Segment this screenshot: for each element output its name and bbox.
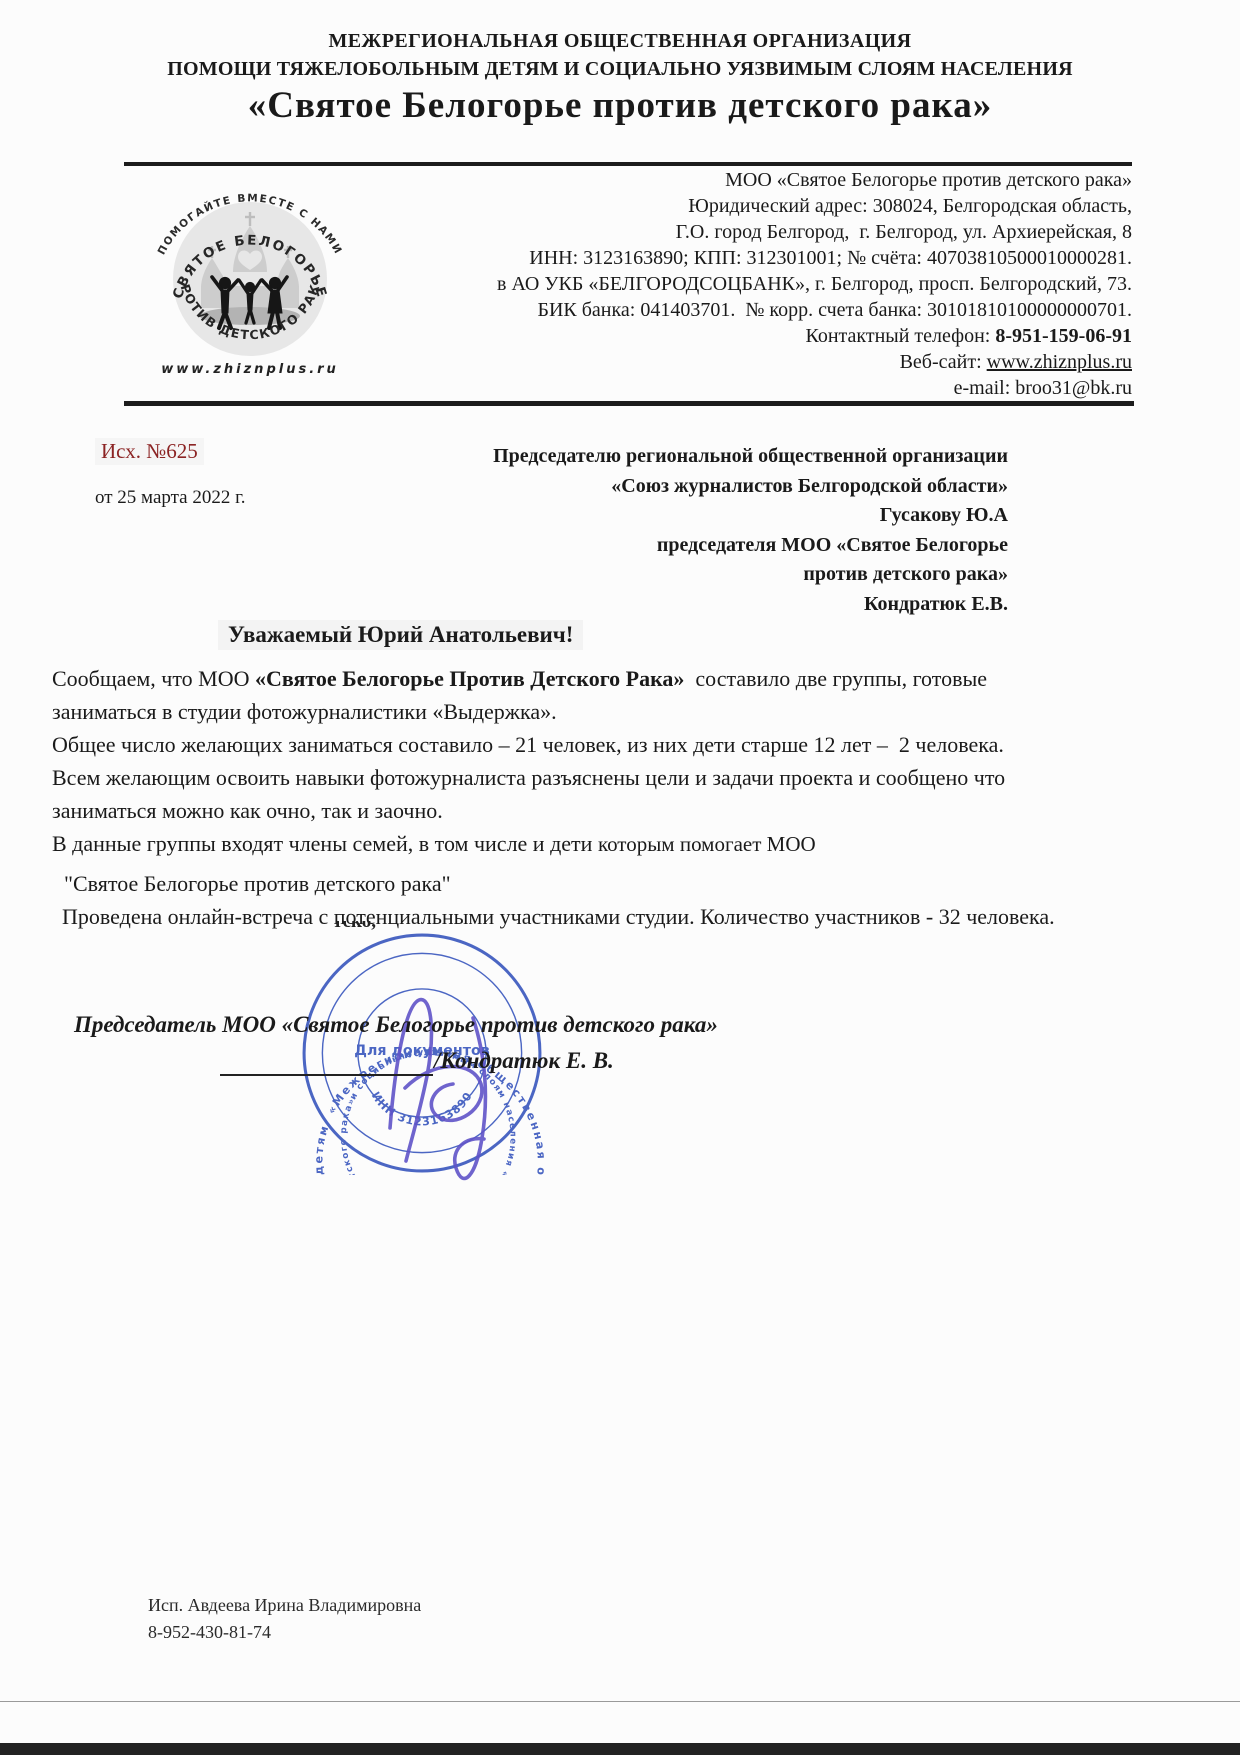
letter-body: Сообщаем, что МОО «Святое Белогорье Прот… <box>52 662 1192 933</box>
header-rule-bottom <box>124 401 1134 406</box>
salutation: Уважаемый Юрий Анатольевич! <box>218 620 583 650</box>
executor-block: Исп. Авдеева Ирина Владимировна 8-952-43… <box>148 1592 421 1646</box>
addressee-line: Гусакову Ю.А <box>493 501 1008 531</box>
org-name-bold: «Святое Белогорье Против Детского Рака» <box>255 666 684 691</box>
letter-page: МЕЖРЕГИОНАЛЬНАЯ ОБЩЕСТВЕННАЯ ОРГАНИЗАЦИЯ… <box>0 0 1240 1755</box>
contact-address-2: Г.О. город Белгород, г. Белгород, ул. Ар… <box>497 219 1132 245</box>
scan-edge-line <box>0 1701 1240 1702</box>
body-line: заниматься можно как очно, так и заочно. <box>52 794 1192 827</box>
contact-phone-number: 8-951-159-06-91 <box>995 325 1132 347</box>
signature-line <box>220 1050 433 1076</box>
executor-phone: 8-952-430-81-74 <box>148 1619 421 1646</box>
contact-email: e-mail: broo31@bk.ru <box>497 375 1132 401</box>
addressee-block: Председателю региональной общественной о… <box>493 442 1008 619</box>
contact-bank: в АО УКБ «БЕЛГОРОДСОЦБАНК», г. Белгород,… <box>497 271 1132 297</box>
org-logo-graphic: ПОМОГАЙТЕ ВМЕСТЕ С НАМИ СВЯТОЕ БЕЛОГОРЬЕ… <box>146 166 354 364</box>
contact-phone-line: Контактный телефон: 8-951-159-06-91 <box>497 323 1132 349</box>
signature-title: Председатель МОО «Святое Белогорье проти… <box>74 1012 718 1038</box>
pasted-text: которым помогает МОО <box>598 832 816 856</box>
contact-inn-kpp: ИНН: 3123163890; КПП: 312301001; № счёта… <box>497 245 1132 271</box>
ref-date: от 25 марта 2022 г. <box>95 487 246 509</box>
contact-address-1: Юридический адрес: 308024, Белгородская … <box>497 193 1132 219</box>
org-title: «Святое Белогорье против детского рака» <box>0 84 1240 127</box>
body-line: В данные группы входят члены семей, в то… <box>52 827 1192 861</box>
signature-name: /Кондратюк Е. В. <box>434 1048 614 1074</box>
addressee-line: Председателю региональной общественной о… <box>493 442 1008 472</box>
body-line: Проведена онлайн-встреча с потенциальным… <box>52 900 1192 933</box>
addressee-line: председателя МОО «Святое Белогорье <box>493 531 1008 561</box>
contact-bik: БИК банка: 041403701. № корр. счета банк… <box>497 297 1132 323</box>
body-line: Общее число желающих заниматься составил… <box>52 728 1192 761</box>
ref-number: Исх. №625 <box>95 438 204 465</box>
contact-org-name: МОО «Святое Белогорье против детского ра… <box>497 167 1132 193</box>
contact-block: МОО «Святое Белогорье против детского ра… <box>497 167 1132 401</box>
org-name-line2: ПОМОЩИ ТЯЖЕЛОБОЛЬНЫМ ДЕТЯМ И СОЦИАЛЬНО У… <box>0 58 1240 81</box>
org-logo: ПОМОГАЙТЕ ВМЕСТЕ С НАМИ СВЯТОЕ БЕЛОГОРЬЕ… <box>146 166 354 364</box>
logo-website: www.zhiznplus.ru <box>130 362 370 377</box>
contact-web-line: Веб-сайт: www.zhiznplus.ru <box>497 349 1132 375</box>
body-line: "Святое Белогорье против детского рака" <box>52 867 1192 900</box>
body-line: заниматься в студии фотожурналистики «Вы… <box>52 695 1192 728</box>
body-line: Сообщаем, что МОО «Святое Белогорье Прот… <box>52 662 1192 695</box>
addressee-line: против детского рака» <box>493 560 1008 590</box>
contact-web-label: Веб-сайт: <box>900 351 987 373</box>
contact-phone-label: Контактный телефон: <box>805 325 995 347</box>
body-line: Всем желающим освоить навыки фотожурнали… <box>52 761 1192 794</box>
executor-name: Исп. Авдеева Ирина Владимировна <box>148 1592 421 1619</box>
addressee-line: Кондратюк Е.В. <box>493 590 1008 620</box>
contact-web-url: www.zhiznplus.ru <box>987 351 1132 373</box>
org-name-line1: МЕЖРЕГИОНАЛЬНАЯ ОБЩЕСТВЕННАЯ ОРГАНИЗАЦИЯ <box>0 30 1240 53</box>
pen-signature <box>345 966 590 1206</box>
scan-bottom-band <box>0 1743 1240 1755</box>
addressee-line: «Союз журналистов Белгородской области» <box>493 472 1008 502</box>
